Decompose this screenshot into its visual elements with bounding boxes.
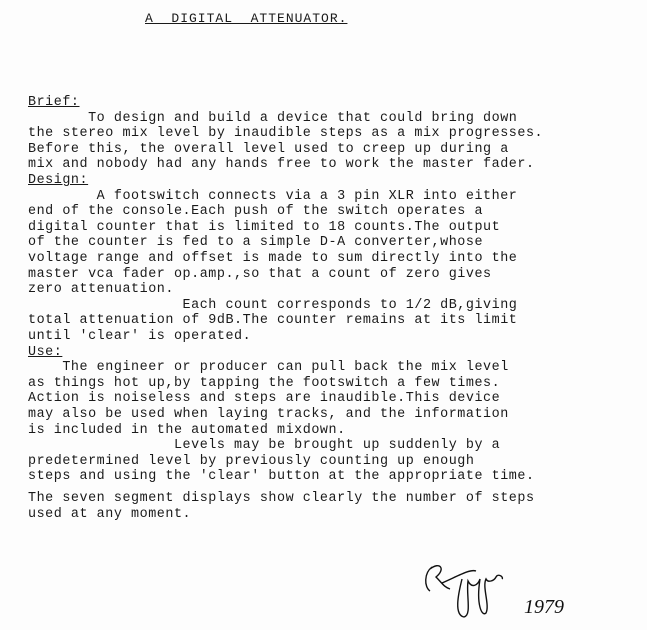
text-line: total attenuation of 9dB.The counter rem… [28,313,517,328]
section-heading-use: Use: [28,345,62,360]
text-line: The seven segment displays show clearly … [28,491,535,506]
text-line: Action is noiseless and steps are inaudi… [28,391,500,406]
text-line: until 'clear' is operated. [28,329,251,344]
signature: 1979 [420,555,580,625]
text-line: digital counter that is limited to 18 co… [28,220,500,235]
text-line: The engineer or producer can pull back t… [28,360,509,375]
section-heading-design: Design: [28,173,88,188]
text-line: as things hot up,by tapping the footswit… [28,376,500,391]
text-line: of the counter is fed to a simple D-A co… [28,235,483,250]
text-line: the stereo mix level by inaudible steps … [28,126,543,141]
signature-year: 1979 [524,596,564,618]
text-line: zero attenuation. [28,282,174,297]
text-line: is included in the automated mixdown. [28,423,346,438]
text-line: Before this, the overall level used to c… [28,142,509,157]
text-line: steps and using the 'clear' button at th… [28,469,535,484]
document-title: A DIGITAL ATTENUATOR. [145,11,347,26]
text-line: may also be used when laying tracks, and… [28,407,509,422]
text-line: To design and build a device that could … [28,111,517,126]
text-line: used at any moment. [28,507,191,522]
section-heading-brief: Brief: [28,95,80,110]
text-line: mix and nobody had any hands free to wor… [28,157,535,172]
text-line: end of the console.Each push of the swit… [28,204,483,219]
text-line: Levels may be brought up suddenly by a [28,438,500,453]
text-line: master vca fader op.amp.,so that a count… [28,267,492,282]
text-line: Each count corresponds to 1/2 dB,giving [28,298,517,313]
text-line: A footswitch connects via a 3 pin XLR in… [28,189,517,204]
text-line: voltage range and offset is made to sum … [28,251,517,266]
text-line: predetermined level by previously counti… [28,454,474,469]
